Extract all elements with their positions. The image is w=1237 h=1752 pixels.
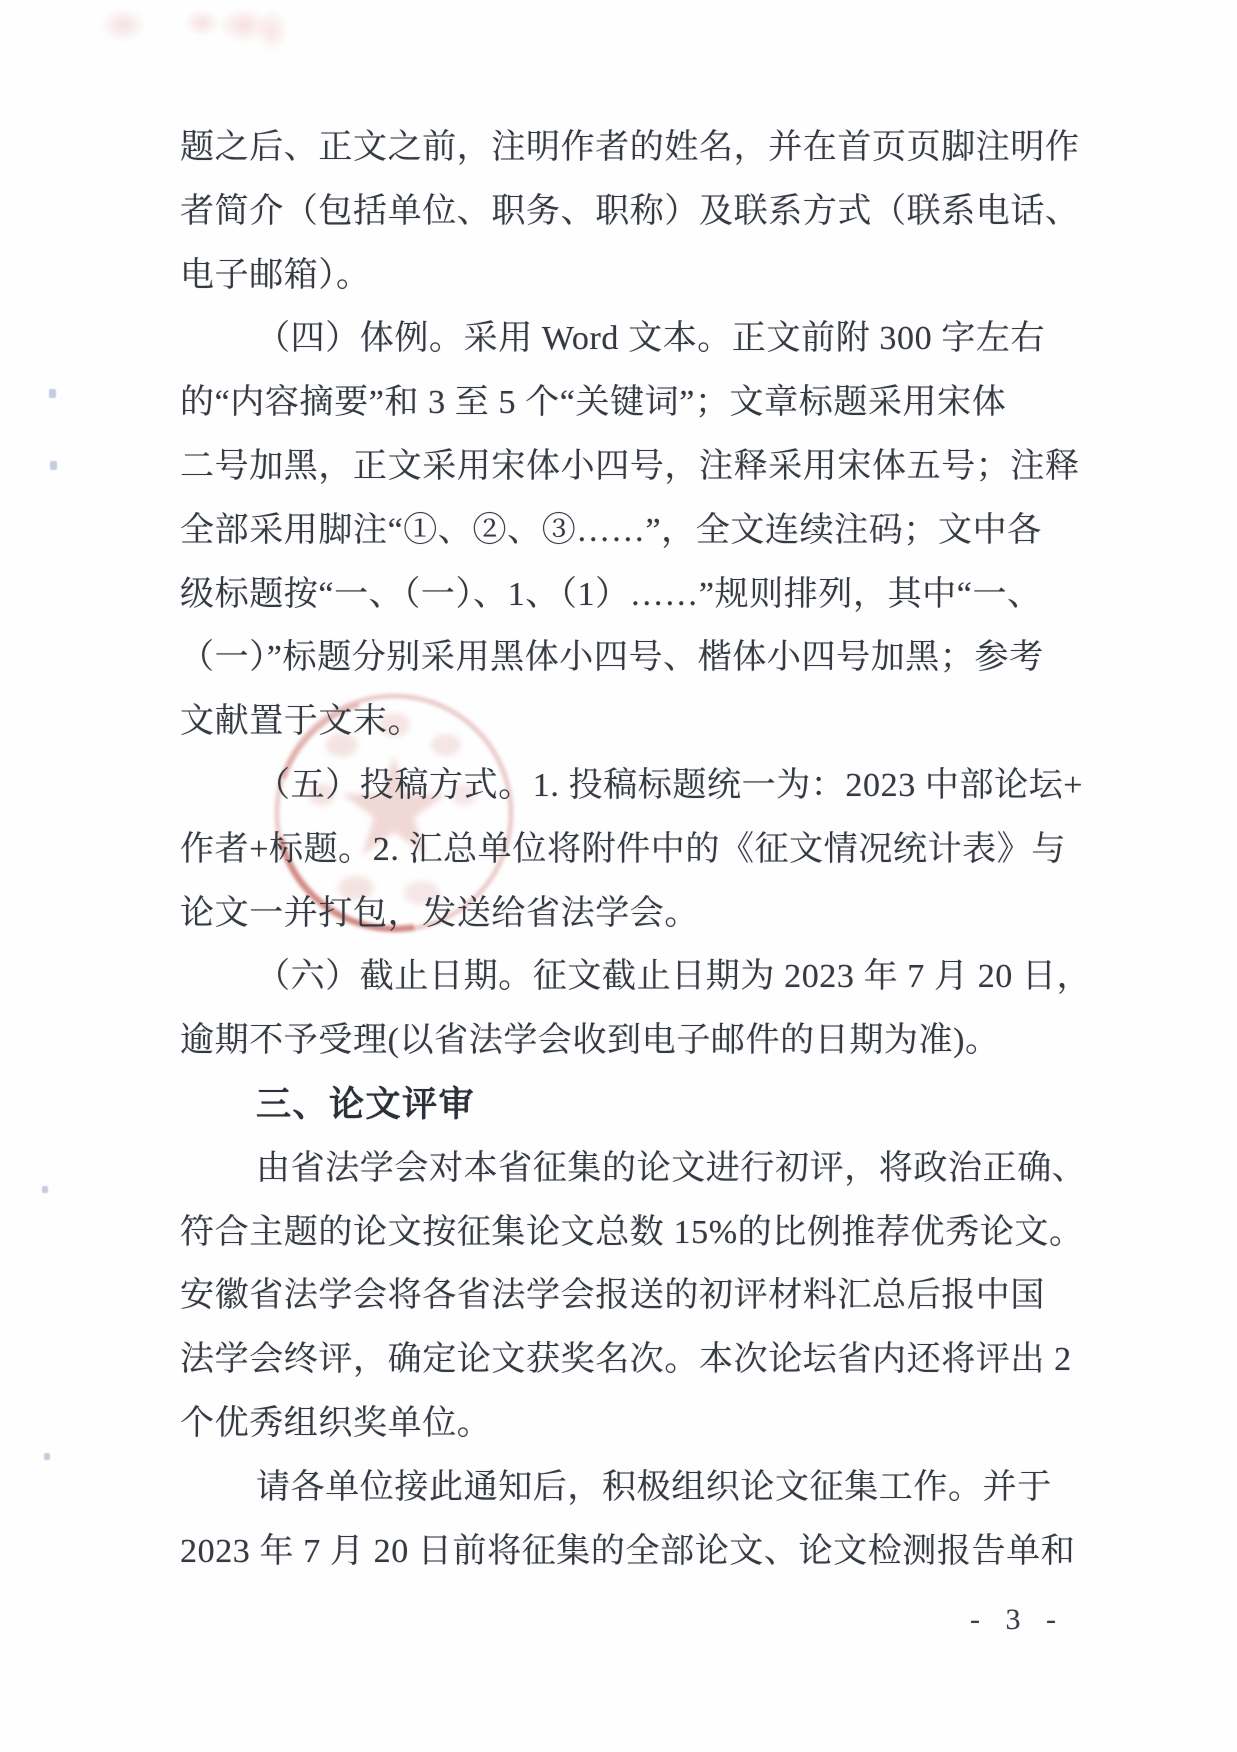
body-line: 全部采用脚注“①、②、③……”，全文连续注码；文中各	[180, 499, 1085, 563]
body-line: 2023 年 7 月 20 日前将征集的全部论文、论文检测报告单和	[180, 1520, 1085, 1584]
page-number: - 3 -	[970, 1603, 1065, 1637]
body-line: 文献置于文末。	[180, 690, 1085, 754]
body-line: （一）”标题分别采用黑体小四号、楷体小四号加黑；参考	[180, 626, 1085, 690]
scan-artifact	[100, 8, 146, 42]
body-line: 由省法学会对本省征集的论文进行初评，将政治正确、	[180, 1137, 1085, 1201]
body-line: 者简介（包括单位、职务、职称）及联系方式（联系电话、	[180, 180, 1085, 244]
body-line: 个优秀组织奖单位。	[180, 1392, 1085, 1456]
section-heading-paper-review: 三、论文评审	[180, 1073, 1085, 1137]
body-line: 请各单位接此通知后，积极组织论文征集工作。并于	[180, 1456, 1085, 1520]
body-line: 级标题按“一、（一）、1、（1）……”规则排列，其中“一、	[180, 563, 1085, 627]
scan-speck	[50, 461, 57, 470]
body-line-item-4-style: （四）体例。采用 Word 文本。正文前附 300 字左右	[180, 307, 1085, 371]
body-line: 符合主题的论文按征集论文总数 15%的比例推荐优秀论文。	[180, 1201, 1085, 1265]
body-line: 二号加黑，正文采用宋体小四号，注释采用宋体五号；注释	[180, 435, 1085, 499]
scan-speck	[44, 1453, 50, 1460]
document-body: 题之后、正文之前，注明作者的姓名，并在首页页脚注明作 者简介（包括单位、职务、职…	[180, 116, 1085, 1583]
scan-speck	[42, 1186, 48, 1193]
body-line-item-5-submission: （五）投稿方式。1. 投稿标题统一为：2023 中部论坛+	[180, 754, 1085, 818]
scanned-document-page: 题之后、正文之前，注明作者的姓名，并在首页页脚注明作 者简介（包括单位、职务、职…	[0, 0, 1237, 1752]
body-line: 逾期不予受理(以省法学会收到电子邮件的日期为准)。	[180, 1009, 1085, 1073]
body-line: 的“内容摘要”和 3 至 5 个“关键词”；文章标题采用宋体	[180, 371, 1085, 435]
body-line: 题之后、正文之前，注明作者的姓名，并在首页页脚注明作	[180, 116, 1085, 180]
body-line: 论文一并打包，发送给省法学会。	[180, 882, 1085, 946]
scan-artifact	[160, 2, 300, 54]
body-line: 电子邮箱）。	[180, 244, 1085, 308]
body-line-item-6-deadline: （六）截止日期。征文截止日期为 2023 年 7 月 20 日，	[180, 945, 1085, 1009]
body-line: 法学会终评，确定论文获奖名次。本次论坛省内还将评出 2	[180, 1328, 1085, 1392]
scan-speck	[49, 389, 56, 398]
body-line: 作者+标题。2. 汇总单位将附件中的《征文情况统计表》与	[180, 818, 1085, 882]
body-line: 安徽省法学会将各省法学会报送的初评材料汇总后报中国	[180, 1264, 1085, 1328]
